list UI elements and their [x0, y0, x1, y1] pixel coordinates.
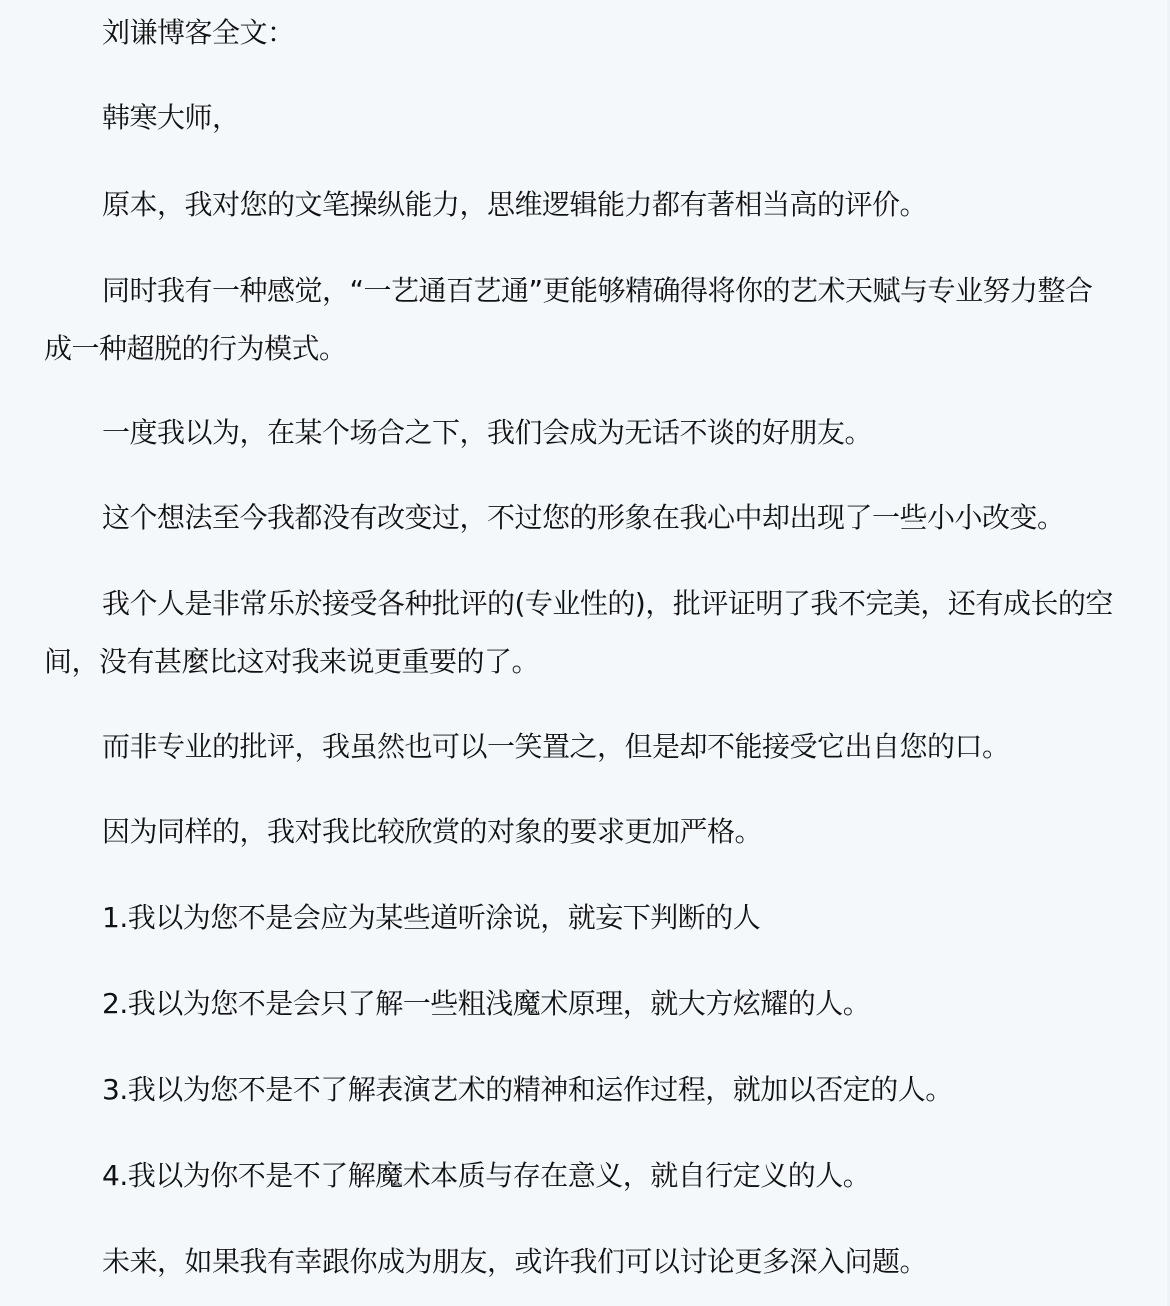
paragraph-line: 这个想法至今我都没有改变过，不过您的形象在我心中却出现了一些小小改变。 — [44, 489, 1144, 547]
paragraph-line: 成一种超脱的行为模式。 — [44, 320, 1144, 378]
paragraph-3: 一度我以为，在某个场合之下，我们会成为无话不谈的好朋友。 — [44, 404, 1144, 462]
numbered-point-text: 3.我以为您不是不了解表演艺术的精神和运作过程，就加以否定的人。 — [44, 1061, 1144, 1119]
paragraph-line: 间，没有甚麼比这对我来说更重要的了。 — [44, 633, 1144, 691]
numbered-point-3: 3.我以为您不是不了解表演艺术的精神和运作过程，就加以否定的人。 — [44, 1061, 1144, 1119]
numbered-point-4: 4.我以为你不是不了解魔术本质与存在意义，就自行定义的人。 — [44, 1147, 1144, 1205]
paragraph-line: 原本，我对您的文笔操纵能力，思维逻辑能力都有著相当高的评价。 — [44, 176, 1144, 234]
numbered-point-1: 1.我以为您不是会应为某些道听涂说，就妄下判断的人 — [44, 889, 1144, 947]
paragraph-line: 一度我以为，在某个场合之下，我们会成为无话不谈的好朋友。 — [44, 404, 1144, 462]
paragraph-4: 这个想法至今我都没有改变过，不过您的形象在我心中却出现了一些小小改变。 — [44, 489, 1144, 547]
salutation-text: 韩寒大师， — [102, 89, 1170, 147]
paragraph-6: 而非专业的批评，我虽然也可以一笑置之，但是却不能接受它出自您的口。 — [44, 718, 1144, 776]
paragraph-line: 我个人是非常乐於接受各种批评的(专业性的)，批评证明了我不完美，还有成长的空 — [44, 575, 1144, 633]
letter-salutation: 韩寒大师， — [44, 89, 1170, 147]
paragraph-1: 原本，我对您的文笔操纵能力，思维逻辑能力都有著相当高的评价。 — [44, 176, 1144, 234]
paragraph-7: 因为同样的，我对我比较欣赏的对象的要求更加严格。 — [44, 803, 1144, 861]
paragraph-5: 我个人是非常乐於接受各种批评的(专业性的)，批评证明了我不完美，还有成长的空 间… — [44, 575, 1144, 691]
paragraph-line: 因为同样的，我对我比较欣赏的对象的要求更加严格。 — [44, 803, 1144, 861]
closing-paragraph: 未来，如果我有幸跟你成为朋友，或许我们可以讨论更多深入问题。 — [44, 1233, 1144, 1291]
numbered-point-text: 1.我以为您不是会应为某些道听涂说，就妄下判断的人 — [44, 889, 1144, 947]
paragraph-2: 同时我有一种感觉，“一艺通百艺通”更能够精确得将你的艺术天赋与专业努力整合 成一… — [44, 262, 1144, 378]
numbered-point-text: 2.我以为您不是会只了解一些粗浅魔术原理，就大方炫耀的人。 — [44, 975, 1144, 1033]
numbered-point-text: 4.我以为你不是不了解魔术本质与存在意义，就自行定义的人。 — [44, 1147, 1144, 1205]
numbered-point-2: 2.我以为您不是会只了解一些粗浅魔术原理，就大方炫耀的人。 — [44, 975, 1144, 1033]
heading-text: 刘谦博客全文： — [102, 4, 1170, 62]
paragraph-line: 而非专业的批评，我虽然也可以一笑置之，但是却不能接受它出自您的口。 — [44, 718, 1144, 776]
closing-text: 未来，如果我有幸跟你成为朋友，或许我们可以讨论更多深入问题。 — [44, 1233, 1144, 1291]
paragraph-line: 同时我有一种感觉，“一艺通百艺通”更能够精确得将你的艺术天赋与专业努力整合 — [44, 262, 1144, 320]
letter-heading: 刘谦博客全文： — [44, 4, 1170, 62]
